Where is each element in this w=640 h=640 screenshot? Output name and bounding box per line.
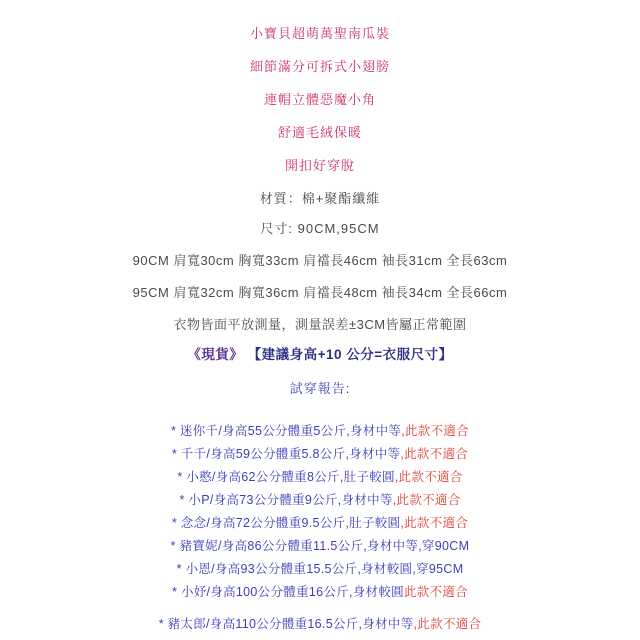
report-main-text: * 小妤/身高100公分體重16公斤,身材較圓 <box>172 585 404 599</box>
fitting-report-row: * 千千/身高59公分體重5.8公斤,身材中等,此款不適合 <box>0 448 640 461</box>
feature-line: 連帽立體惡魔小角 <box>0 93 640 106</box>
report-main-text: * 千千/身高59公分體重5.8公斤,身材中等 <box>172 447 400 461</box>
report-main-text: * 小憨/身高62公分體重8公斤,肚子較圓 <box>177 470 394 484</box>
material-line: 材質：棉+聚酯纖維 <box>0 192 640 205</box>
fitting-report-list: * 迷你千/身高55公分體重5公斤,身材中等,此款不適合 * 千千/身高59公分… <box>0 425 640 631</box>
report-alert-text: ,此款不適合 <box>400 516 468 530</box>
size-chart-row: 95CM 肩寬32cm 胸寬36cm 肩襠長48cm 袖長34cm 全長66cm <box>0 286 640 299</box>
report-main-text: * 豬寶妮/身高86公分體重11.5公斤,身材中等,穿90CM <box>171 539 470 553</box>
report-alert-text: ,此款不適合 <box>401 424 469 438</box>
size-chart-row: 90CM 肩寬30cm 胸寬33cm 肩襠長46cm 袖長31cm 全長63cm <box>0 254 640 267</box>
size-line: 尺寸: 90CM,95CM <box>0 222 640 235</box>
fitting-report-row: * 小憨/身高62公分體重8公斤,肚子較圓,此款不適合 <box>0 471 640 484</box>
fitting-report-row: * 豬太郎/身高110公分體重16.5公斤,身材中等,此款不適合 <box>0 618 640 631</box>
report-alert-text: 此款不適合 <box>404 585 468 599</box>
fitting-report-row: * 小P/身高73公分體重9公斤,身材中等,此款不適合 <box>0 494 640 507</box>
fitting-report-heading: 試穿報告: <box>0 382 640 395</box>
size-chart: 90CM 肩寬30cm 胸寬33cm 肩襠長46cm 袖長31cm 全長63cm… <box>0 254 640 299</box>
report-alert-text: ,此款不適合 <box>395 470 463 484</box>
fitting-report-row: * 小妤/身高100公分體重16公斤,身材較圓此款不適合 <box>0 586 640 599</box>
product-description-page: 小寶貝超萌萬聖南瓜裝 細節滿分可拆式小翅膀 連帽立體惡魔小角 舒適毛絨保暖 開扣… <box>0 0 640 640</box>
fitting-report-row: * 念念/身高72公分體重9.5公斤,肚子較圓,此款不適合 <box>0 517 640 530</box>
feature-line: 舒適毛絨保暖 <box>0 126 640 139</box>
report-main-text: * 小恩/身高93公分體重15.5公斤,身材較圓,穿95CM <box>177 562 464 576</box>
stock-line: 《現貨》 【建議身高+10 公分=衣服尺寸】 <box>0 348 640 362</box>
report-main-text: * 迷你千/身高55公分體重5公斤,身材中等 <box>171 424 401 438</box>
fitting-report-row: * 豬寶妮/身高86公分體重11.5公斤,身材中等,穿90CM <box>0 540 640 553</box>
fitting-report-row: * 迷你千/身高55公分體重5公斤,身材中等,此款不適合 <box>0 425 640 438</box>
feature-list: 小寶貝超萌萬聖南瓜裝 細節滿分可拆式小翅膀 連帽立體惡魔小角 舒適毛絨保暖 開扣… <box>0 27 640 172</box>
report-main-text: * 念念/身高72公分體重9.5公斤,肚子較圓 <box>172 516 400 530</box>
measure-note: 衣物皆面平放測量，測量誤差±3CM皆屬正常範圍 <box>0 318 640 331</box>
report-alert-text: ,此款不適合 <box>393 493 461 507</box>
size-advice: 【建議身高+10 公分=衣服尺寸】 <box>248 347 453 362</box>
feature-line: 細節滿分可拆式小翅膀 <box>0 60 640 73</box>
feature-line: 開扣好穿脫 <box>0 159 640 172</box>
report-main-text: * 小P/身高73公分體重9公斤,身材中等 <box>179 493 392 507</box>
report-alert-text: ,此款不適合 <box>400 447 468 461</box>
report-alert-text: ,此款不適合 <box>414 617 482 631</box>
fitting-report-row: * 小恩/身高93公分體重15.5公斤,身材較圓,穿95CM <box>0 563 640 576</box>
feature-line: 小寶貝超萌萬聖南瓜裝 <box>0 27 640 40</box>
report-main-text: * 豬太郎/身高110公分體重16.5公斤,身材中等 <box>159 617 414 631</box>
stock-badge: 《現貨》 <box>187 347 243 362</box>
